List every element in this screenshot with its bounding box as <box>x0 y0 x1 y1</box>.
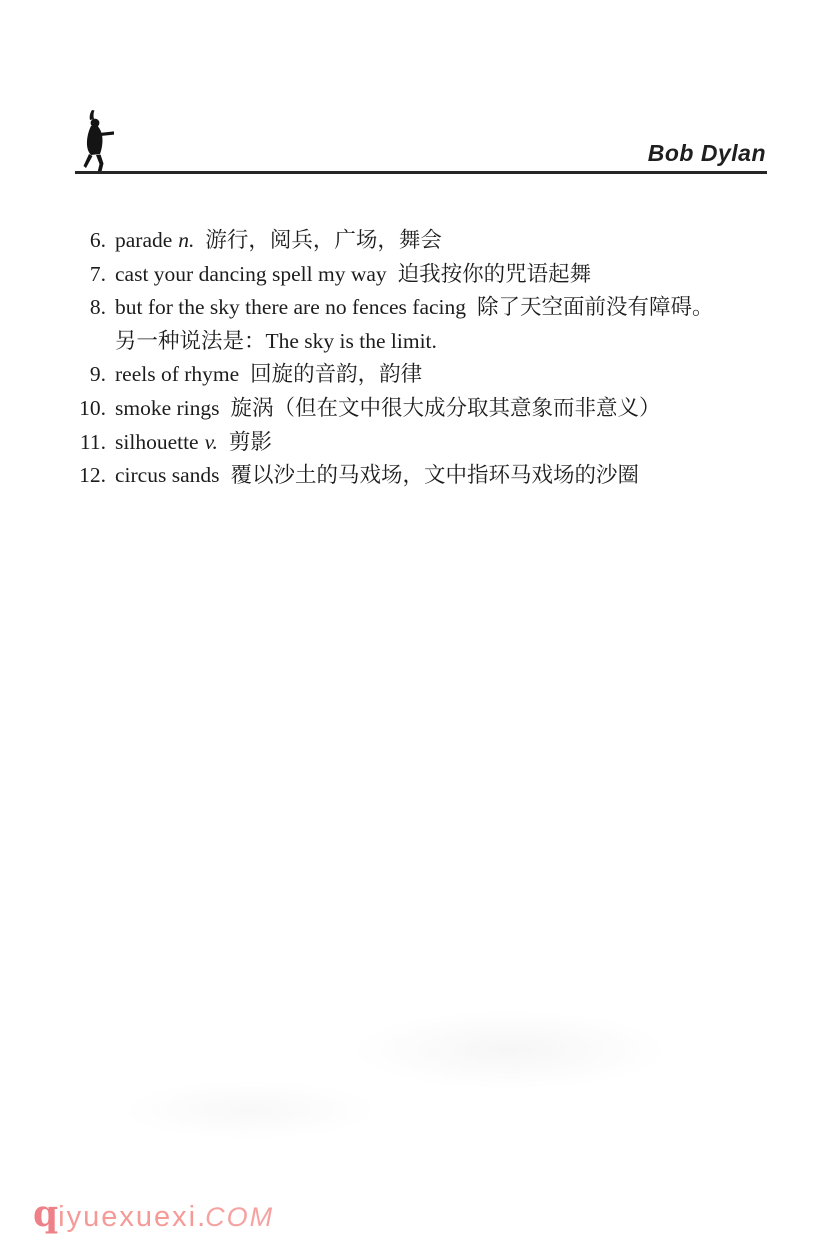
vocab-notes-list: 6. paraden.游行，阅兵，广场，舞会 7. cast your danc… <box>0 224 786 493</box>
note-number: 8. <box>0 291 106 358</box>
scan-smudge <box>120 1080 380 1140</box>
note-pos: v. <box>205 430 218 454</box>
vocab-note-8: 8. but for the sky there are no fences f… <box>0 291 786 358</box>
note-chinese: 游行，阅兵，广场，舞会 <box>205 228 442 252</box>
note-english: silhouette <box>115 430 199 454</box>
note-number: 11. <box>0 426 106 460</box>
note-number: 12. <box>0 459 106 493</box>
vocab-note-9: 9. reels of rhyme回旋的音韵，韵律 <box>0 358 786 392</box>
note-chinese: 回旋的音韵，韵律 <box>250 362 422 386</box>
vocab-note-6: 6. paraden.游行，阅兵，广场，舞会 <box>0 224 786 258</box>
vocab-note-7: 7. cast your dancing spell my way迫我按你的咒语… <box>0 258 786 292</box>
watermark-text: iyuexuexi <box>58 1201 197 1233</box>
scan-smudge <box>350 1010 670 1090</box>
note-chinese: 旋涡（但在文中很大成分取其意象而非意义） <box>231 396 661 420</box>
note-chinese: 覆以沙土的马戏场，文中指环马戏场的沙圈 <box>231 463 640 487</box>
watermark-logo-q: q <box>33 1193 58 1235</box>
page-header-author: Bob Dylan <box>648 140 766 167</box>
note-chinese: 剪影 <box>229 430 272 454</box>
vocab-note-12: 12. circus sands覆以沙土的马戏场，文中指环马戏场的沙圈 <box>0 459 786 493</box>
header-divider <box>75 171 767 174</box>
note-number: 7. <box>0 258 106 292</box>
note-english: cast your dancing spell my way <box>115 262 387 286</box>
note-chinese: 迫我按你的咒语起舞 <box>398 262 592 286</box>
note-english: reels of rhyme <box>115 362 239 386</box>
note-english: but for the sky there are no fences faci… <box>115 295 466 319</box>
watermark-tld: COM <box>205 1202 274 1232</box>
note-chinese: 除了天空面前没有障碍。 <box>477 295 714 319</box>
note-number: 6. <box>0 224 106 258</box>
watermark-dot: . <box>197 1201 205 1233</box>
jumping-guitarist-icon <box>78 110 114 174</box>
note-english: parade <box>115 228 172 252</box>
note-number: 10. <box>0 392 106 426</box>
note-english: smoke rings <box>115 396 220 420</box>
vocab-note-11: 11. silhouettev.剪影 <box>0 426 786 460</box>
note-pos: n. <box>178 228 194 252</box>
vocab-note-10: 10. smoke rings旋涡（但在文中很大成分取其意象而非意义） <box>0 392 786 426</box>
site-watermark: qiyuexuexi.COM <box>33 1193 274 1235</box>
note-alt-line: 另一种说法是：The sky is the limit. <box>115 325 786 359</box>
note-english: circus sands <box>115 463 220 487</box>
note-number: 9. <box>0 358 106 392</box>
